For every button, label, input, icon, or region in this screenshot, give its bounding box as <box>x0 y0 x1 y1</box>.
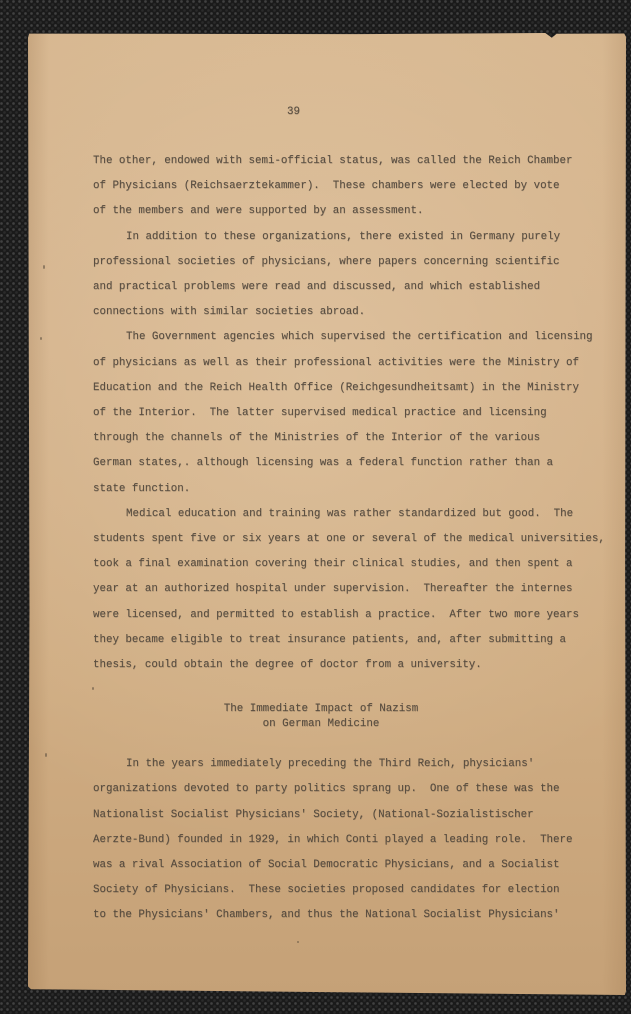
text-line: organizations devoted to party politics … <box>93 777 605 802</box>
text-line: Society of Physicians. These societies p… <box>93 878 605 903</box>
text-line: to the Physicians' Chambers, and thus th… <box>93 903 605 928</box>
text-line: of physicians as well as their professio… <box>93 351 605 376</box>
paragraph: The other, endowed with semi-official st… <box>93 149 605 225</box>
heading-line: on German Medicine <box>65 717 577 732</box>
text-line: connections with similar societies abroa… <box>93 300 605 325</box>
text-line: state function. <box>93 477 605 502</box>
text-line: students spent five or six years at one … <box>93 527 605 552</box>
text-line: Aerzte-Bund) founded in 1929, in which C… <box>93 828 605 853</box>
text-line: In addition to these organizations, ther… <box>93 225 605 250</box>
text-line: they became eligible to treat insurance … <box>93 628 605 653</box>
text-line: professional societies of physicians, wh… <box>93 250 605 275</box>
text-line: Medical education and training was rathe… <box>93 502 605 527</box>
paragraph: Medical education and training was rathe… <box>93 502 605 678</box>
text-column: 39 The other, endowed with semi-official… <box>93 33 605 929</box>
text-line: Education and the Reich Health Office (R… <box>93 376 605 401</box>
paragraph: In the years immediately preceding the T… <box>93 752 605 928</box>
text-line: thesis, could obtain the degree of docto… <box>93 653 605 678</box>
text-line: of the members and were supported by an … <box>93 199 605 224</box>
paragraph: The Government agencies which supervised… <box>93 325 605 501</box>
text-line: German states,. although licensing was a… <box>93 451 605 476</box>
text-line: took a final examination covering their … <box>93 552 605 577</box>
text-line: were licensed, and permitted to establis… <box>93 603 605 628</box>
text-line: through the channels of the Ministries o… <box>93 426 605 451</box>
paper-speck <box>43 265 45 269</box>
section-heading: The Immediate Impact of Nazismon German … <box>65 702 577 731</box>
paper-speck <box>45 753 47 757</box>
text-line: In the years immediately preceding the T… <box>93 752 605 777</box>
scan-background: 39 The other, endowed with semi-official… <box>0 0 631 1014</box>
text-line: and practical problems were read and dis… <box>93 275 605 300</box>
text-line: year at an authorized hospital under sup… <box>93 577 605 602</box>
text-line: of Physicians (Reichsaerztekammer). Thes… <box>93 174 605 199</box>
text-line: The other, endowed with semi-official st… <box>93 149 605 174</box>
page-number: 39 <box>287 105 605 119</box>
page-sheet: 39 The other, endowed with semi-official… <box>28 33 626 995</box>
text-line: of the Interior. The latter supervised m… <box>93 401 605 426</box>
text-line: was a rival Association of Social Democr… <box>93 853 605 878</box>
heading-line: The Immediate Impact of Nazism <box>65 702 577 717</box>
paper-speck <box>40 337 42 340</box>
text-line: Nationalist Socialist Physicians' Societ… <box>93 803 605 828</box>
paper-speck <box>297 941 299 943</box>
paragraph: In addition to these organizations, ther… <box>93 225 605 326</box>
text-line: The Government agencies which supervised… <box>93 325 605 350</box>
